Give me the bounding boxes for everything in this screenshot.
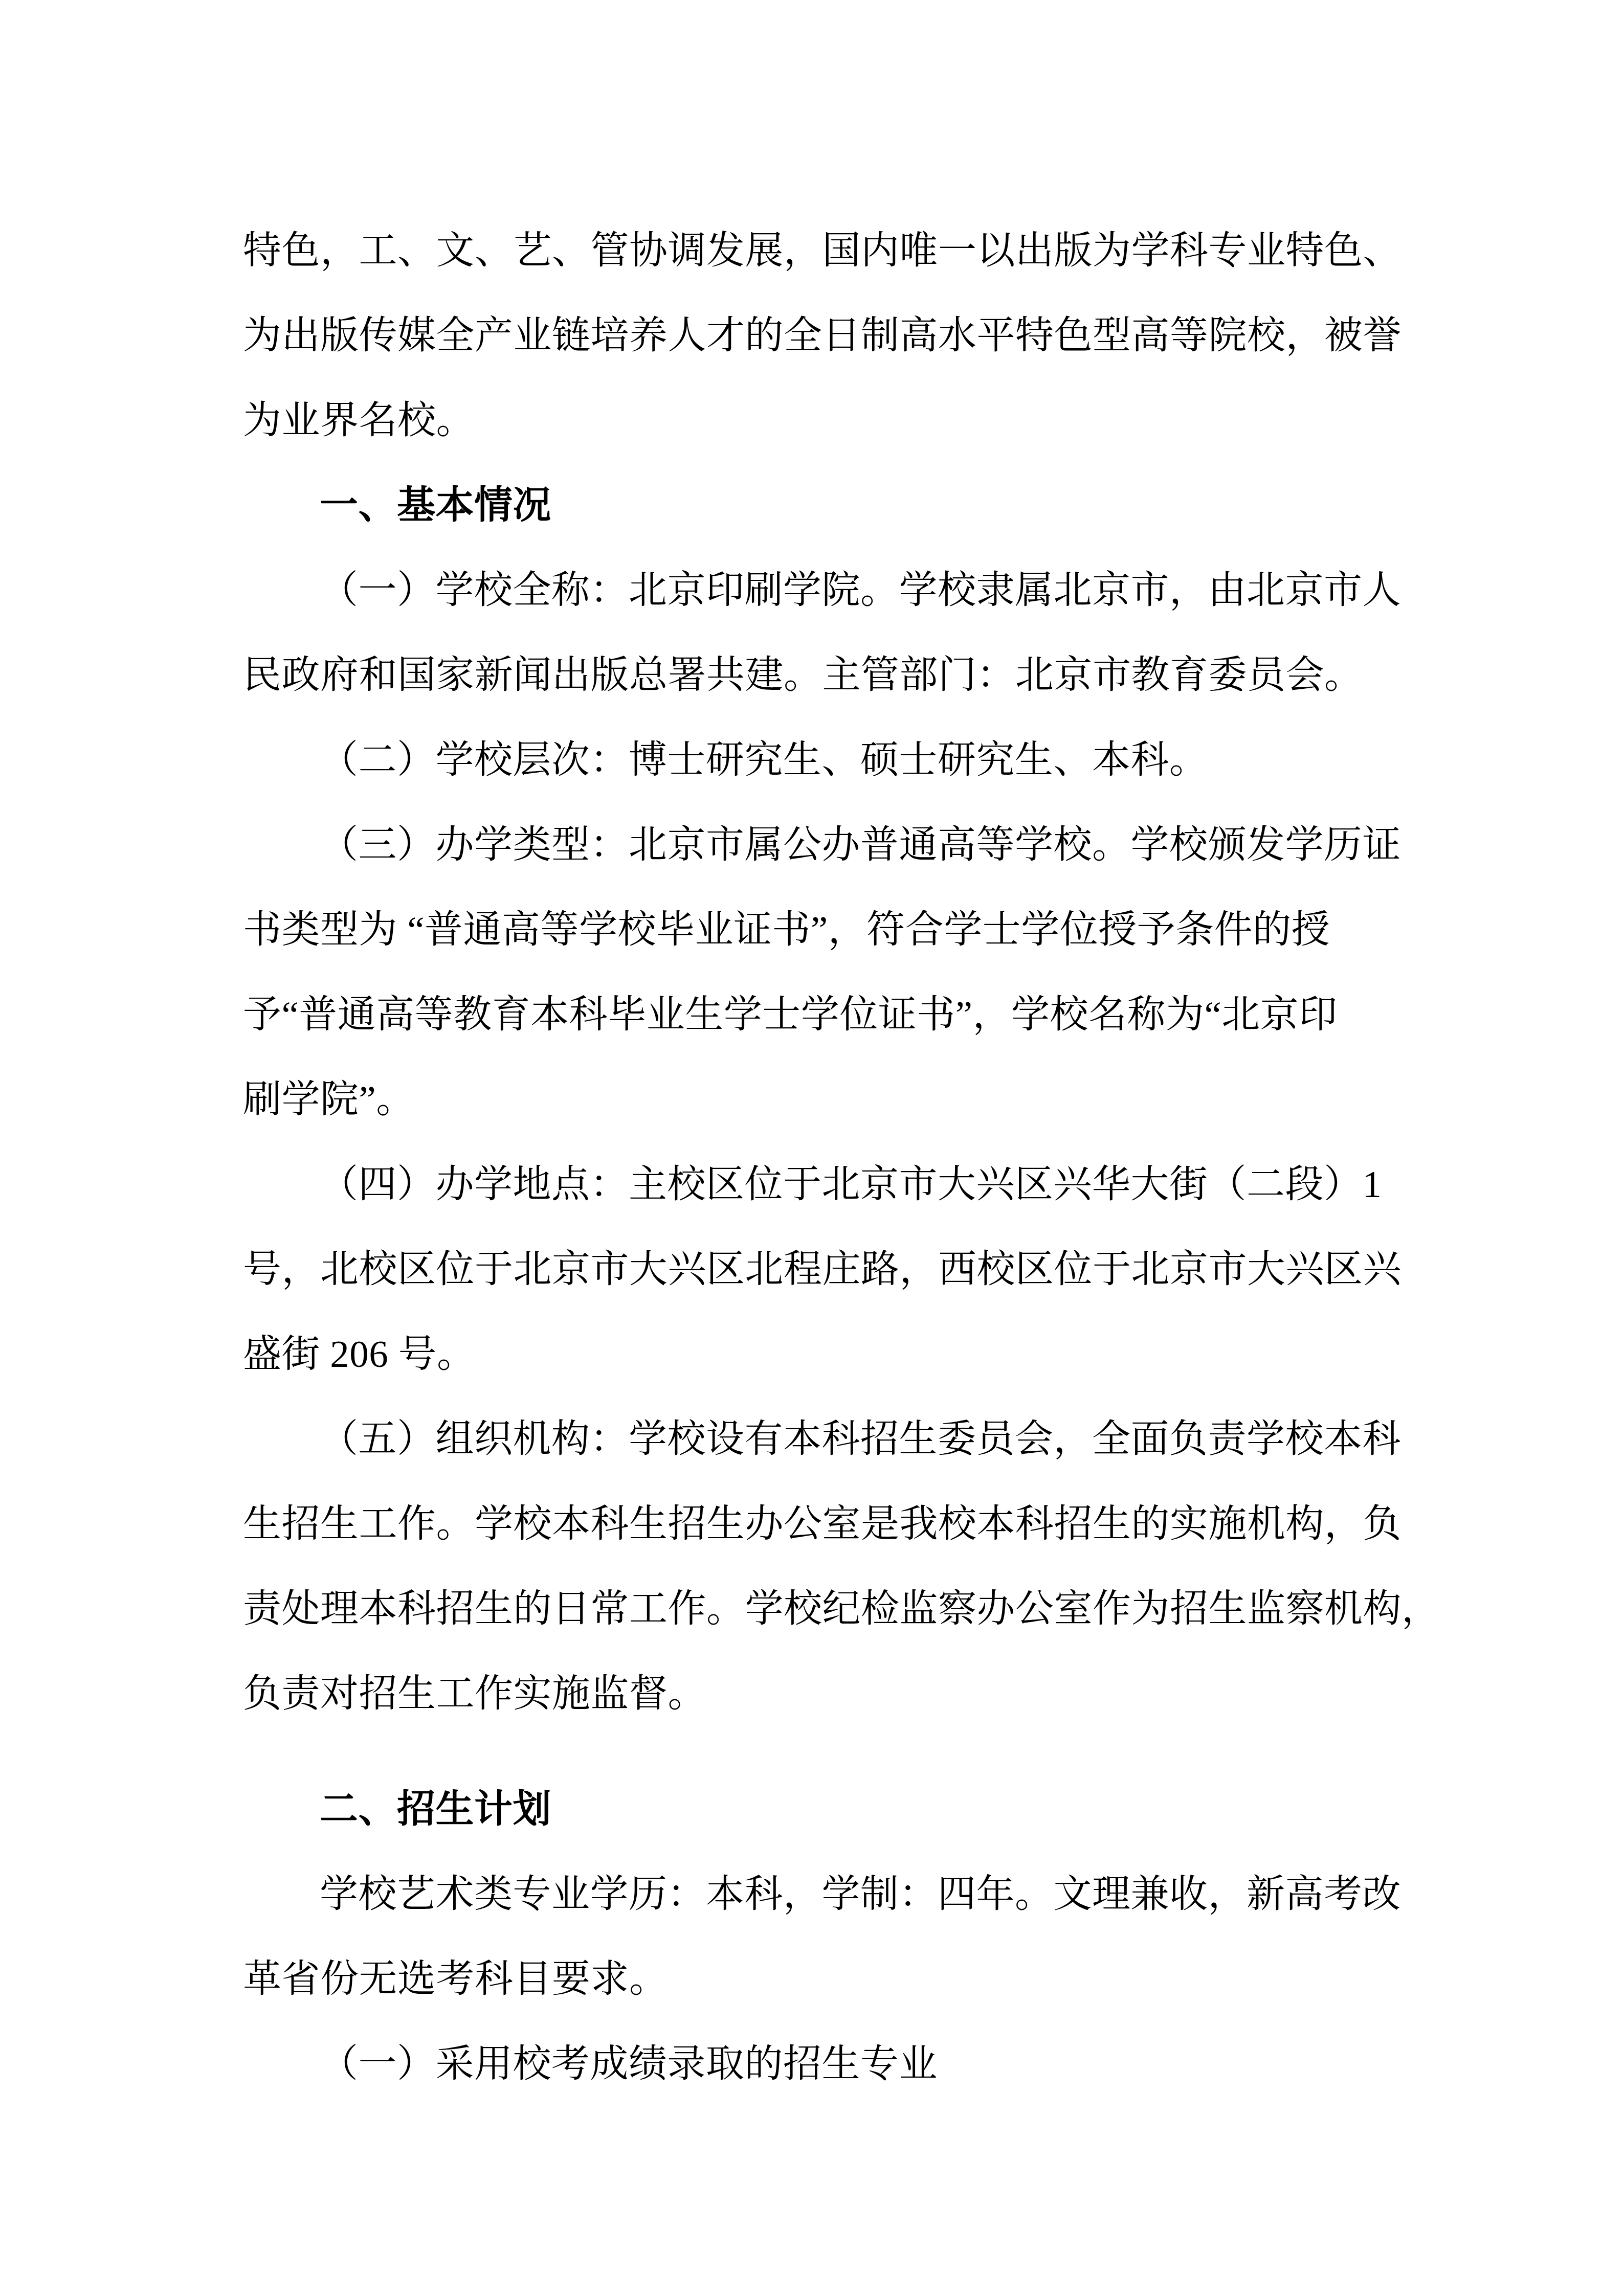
text-line: （四）办学地点：主校区位于北京市大兴区兴华大街（二段）1 [243,1142,1401,1227]
text-line: 学校艺术类专业学历：本科，学制：四年。文理兼收，新高考改 [243,1852,1401,1937]
text-line: 革省份无选考科目要求。 [243,1937,1401,2022]
text-line: 生招生工作。学校本科生招生办公室是我校本科招生的实施机构，负 [243,1482,1401,1567]
text-line: 为出版传媒全产业链培养人才的全日制高水平特色型高等院校，被誉 [243,294,1401,378]
text-line: 民政府和国家新闻出版总署共建。主管部门：北京市教育委员会。 [243,633,1401,718]
section-heading-2: 二、招生计划 [243,1767,1401,1852]
text-line: （五）组织机构：学校设有本科招生委员会，全面负责学校本科 [243,1397,1401,1482]
text-line: 书类型为 “普通高等学校毕业证书”，符合学士学位授予条件的授 [243,888,1401,973]
document-page: 特色，工、文、艺、管协调发展，国内唯一以出版为学科专业特色、 为出版传媒全产业链… [0,0,1624,2296]
section-heading-1: 一、基本情况 [243,463,1401,548]
text-line: 负责对招生工作实施监督。 [243,1652,1401,1737]
text-line: （二）学校层次：博士研究生、硕士研究生、本科。 [243,718,1401,803]
subsection-heading: （一）采用校考成绩录取的招生专业 [243,2022,1401,2107]
text-line: 刷学院”。 [243,1057,1401,1142]
text-line: 为业界名校。 [243,378,1401,463]
text-line: 盛街 206 号。 [243,1312,1401,1397]
text-line: 号，北校区位于北京市大兴区北程庄路，西校区位于北京市大兴区兴 [243,1227,1401,1312]
text-line: （一）学校全称：北京印刷学院。学校隶属北京市，由北京市人 [243,548,1401,633]
document-text-block: 特色，工、文、艺、管协调发展，国内唯一以出版为学科专业特色、 为出版传媒全产业链… [243,209,1401,2107]
text-line: 予“普通高等教育本科毕业生学士学位证书”，学校名称为“北京印 [243,973,1401,1057]
text-line: （三）办学类型：北京市属公办普通高等学校。学校颁发学历证 [243,803,1401,888]
text-line: 特色，工、文、艺、管协调发展，国内唯一以出版为学科专业特色、 [243,209,1401,294]
text-line: 责处理本科招生的日常工作。学校纪检监察办公室作为招生监察机构， [243,1567,1401,1652]
